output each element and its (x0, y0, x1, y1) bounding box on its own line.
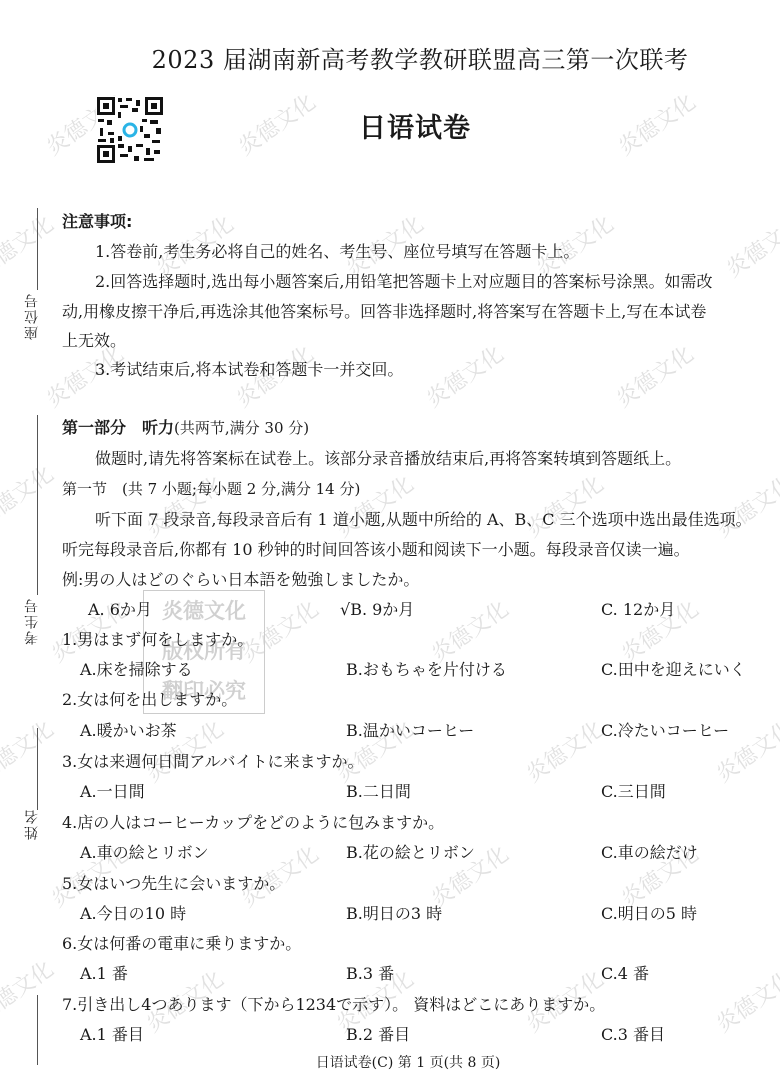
binding-line (37, 728, 38, 810)
seat-number-label: 座位号 (22, 292, 42, 340)
part1-heading-note: (共两节,满分 30 分) (174, 419, 309, 437)
q6-option-b[interactable]: B.3 番 (346, 964, 394, 984)
stamp-line: 炎德文化 (144, 591, 264, 631)
watermark: 炎德文化 (0, 208, 59, 284)
notice-heading: 注意事项: (62, 212, 132, 232)
watermark: 炎德文化 (0, 953, 59, 1029)
q7-option-c[interactable]: C.3 番目 (601, 1025, 665, 1045)
q7-option-b[interactable]: B.2 番目 (346, 1025, 410, 1045)
question-4: 4.店の人はコーヒーカップをどのように包みますか。 (62, 813, 444, 833)
q6-option-a[interactable]: A.1 番 (80, 964, 128, 984)
name-label: 姓名 (22, 808, 42, 840)
question-7: 7.引き出し4つあります（下から1234で示す）。 資料はどこにありますか。 (62, 995, 605, 1015)
notice-item: 动,用橡皮擦干净后,再选涂其他答案标号。回答非选择题时,将答案写在答题卡上,写在… (62, 302, 706, 322)
binding-line (37, 415, 38, 595)
q1-option-a[interactable]: A.床を掃除する (80, 660, 193, 680)
q2-option-c[interactable]: C.冷たいコーヒー (601, 721, 729, 741)
watermark: 炎德文化 (0, 713, 59, 789)
q2-option-b[interactable]: B.温かいコーヒー (346, 721, 474, 741)
q5-option-c[interactable]: C.明日の5 時 (601, 904, 697, 924)
watermark: 炎德文化 (609, 338, 699, 414)
notice-item: 1.答卷前,考生务必将自己的姓名、考生号、座位号填写在答题卡上。 (95, 242, 579, 262)
question-6: 6.女は何番の電車に乗りますか。 (62, 934, 301, 954)
part1-heading-title: 第一部分 听力 (62, 418, 174, 437)
q4-option-b[interactable]: B.花の絵とリボン (346, 843, 475, 863)
watermark: 炎德文化 (0, 458, 59, 534)
watermark: 炎德文化 (709, 963, 780, 1039)
page-footer: 日语试卷(C) 第 1 页(共 8 页) (0, 1052, 780, 1072)
notice-item: 上无效。 (62, 331, 126, 351)
question-2: 2.女は何を出しますか。 (62, 690, 237, 710)
q3-option-b[interactable]: B.二日間 (346, 782, 411, 802)
part1-instruction: 做题时,请先将答案标在试卷上。该部分录音播放结束后,再将答案转填到答题纸上。 (95, 449, 681, 469)
q5-option-a[interactable]: A.今日の10 時 (80, 904, 186, 924)
question-3: 3.女は来週何日間アルバイトに来ますか。 (62, 752, 364, 772)
example-option-c: C. 12か月 (601, 600, 675, 620)
section1-heading: 第一节 (共 7 小题;每小题 2 分,满分 14 分) (62, 479, 360, 499)
watermark: 炎德文化 (419, 338, 509, 414)
example-question: 例:男の人はどのぐらい日本語を勉強しましたか。 (62, 570, 419, 590)
watermark: 炎德文化 (424, 593, 514, 669)
exam-title: 2023 届湖南新高考教学教研联盟高三第一次联考 (0, 40, 780, 75)
watermark: 炎德文化 (709, 468, 780, 544)
q1-option-b[interactable]: B.おもちゃを片付ける (346, 660, 507, 680)
q3-option-c[interactable]: C.三日間 (601, 782, 666, 802)
section1-instruction: 听完每段录音后,你都有 10 秒钟的时间回答该小题和阅读下一小题。每段录音仅读一… (62, 540, 690, 560)
example-option-a: A. 6か月 (88, 600, 152, 620)
q4-option-a[interactable]: A.車の絵とリボン (80, 843, 209, 863)
q3-option-a[interactable]: A.一日間 (80, 782, 145, 802)
example-option-b: √B. 9か月 (340, 600, 414, 620)
watermark: 炎德文化 (719, 208, 780, 284)
question-5: 5.女はいつ先生に会いますか。 (62, 874, 285, 894)
q2-option-a[interactable]: A.暖かいお茶 (80, 721, 177, 741)
candidate-number-label: 考生号 (22, 597, 42, 645)
q4-option-c[interactable]: C.車の絵だけ (601, 843, 698, 863)
q5-option-b[interactable]: B.明日の3 時 (346, 904, 442, 924)
watermark: 炎德文化 (519, 713, 609, 789)
watermark: 炎德文化 (519, 468, 609, 544)
q7-option-a[interactable]: A.1 番目 (80, 1025, 144, 1045)
section1-instruction: 听下面 7 段录音,每段录音后有 1 道小题,从题中所给的 A、B、C 三个选项… (95, 510, 752, 530)
part1-heading: 第一部分 听力(共两节,满分 30 分) (62, 418, 309, 438)
q1-option-c[interactable]: C.田中を迎えにいく (601, 660, 746, 680)
q6-option-c[interactable]: C.4 番 (601, 964, 649, 984)
notice-item: 3.考试结束后,将本试卷和答题卡一并交回。 (95, 360, 403, 380)
notice-item: 2.回答选择题时,选出每小题答案后,用铅笔把答题卡上对应题目的答案标号涂黑。如需… (95, 272, 712, 292)
binding-line (37, 208, 38, 290)
question-1: 1.男はまず何をしますか。 (62, 630, 253, 650)
subject-title: 日语试卷 (0, 106, 780, 145)
